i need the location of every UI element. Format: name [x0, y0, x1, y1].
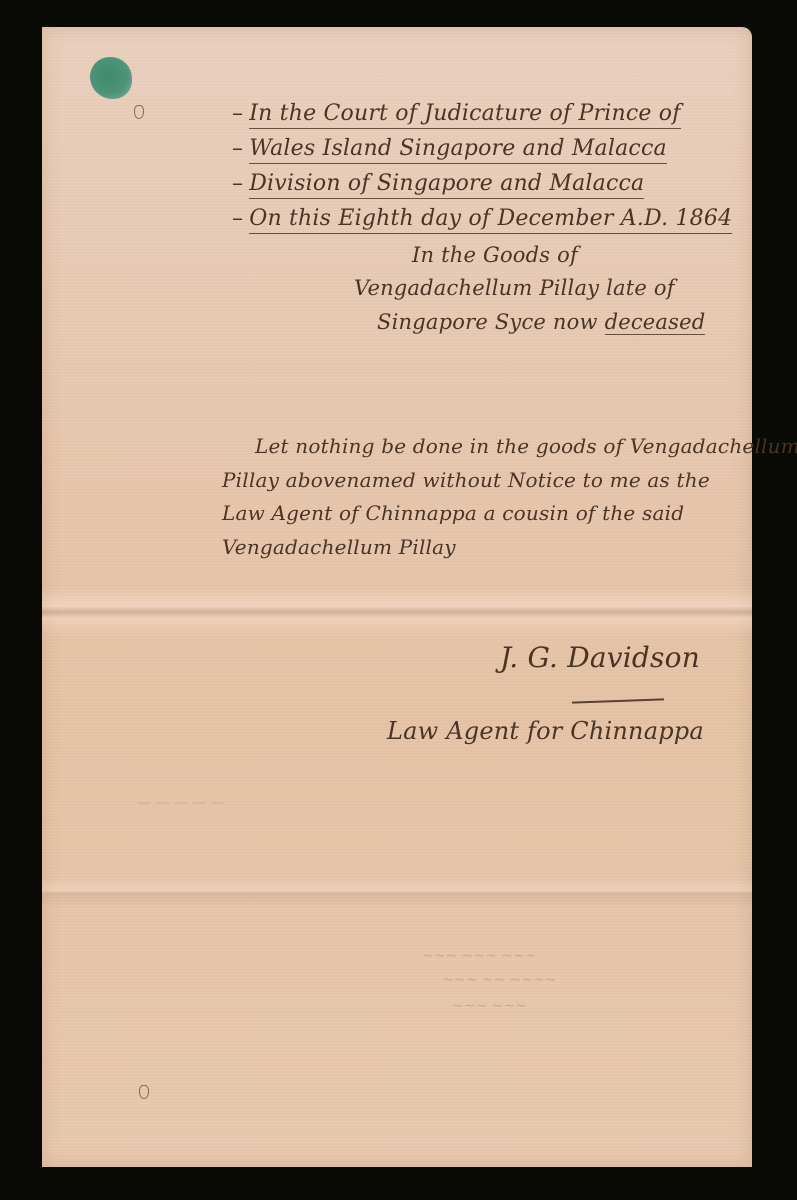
- fold-crease-upper: [42, 587, 752, 635]
- goods-of-line-2: Vengadachellum Pillay late of: [354, 274, 675, 302]
- binding-hole-icon: [139, 1085, 149, 1099]
- bleed-through-text: ~~~ ~~~ ~~~: [422, 947, 536, 963]
- deceased-word: deceased: [605, 310, 706, 335]
- goods-of-line-1: In the Goods of: [412, 241, 578, 269]
- bleed-through-text: ~~~~ ~~ ~~~: [442, 971, 556, 987]
- binding-hole-icon: [134, 105, 144, 119]
- body-line-3: Law Agent of Chinnappa a cousin of the s…: [222, 497, 684, 529]
- document-page: –In the Court of Judicature of Prince of…: [42, 27, 752, 1167]
- heading-line-4: –On this Eighth day of December A.D. 186…: [232, 204, 732, 234]
- body-line-4: Vengadachellum Pillay: [222, 531, 456, 563]
- signature: J. G. Davidson: [500, 641, 700, 674]
- signature-title: Law Agent for Chinnappa: [387, 717, 704, 745]
- heading-line-2: –Wales Island Singapore and Malacca: [232, 134, 667, 164]
- goods-of-line-3: Singapore Syce now deceased: [377, 308, 705, 336]
- green-stain-mark: [90, 57, 132, 99]
- heading-line-1: –In the Court of Judicature of Prince of: [232, 99, 681, 129]
- fold-crease-lower: [42, 877, 752, 907]
- signature-flourish: [572, 698, 664, 703]
- bleed-through-text: ~~~ ~~~: [452, 997, 527, 1013]
- heading-line-3: –Division of Singapore and Malacca: [232, 169, 644, 199]
- body-line-1: Let nothing be done in the goods of Veng…: [255, 430, 797, 462]
- body-line-2: Pillay abovenamed without Notice to me a…: [222, 464, 710, 496]
- bleed-through-text: — — — — —: [137, 795, 225, 811]
